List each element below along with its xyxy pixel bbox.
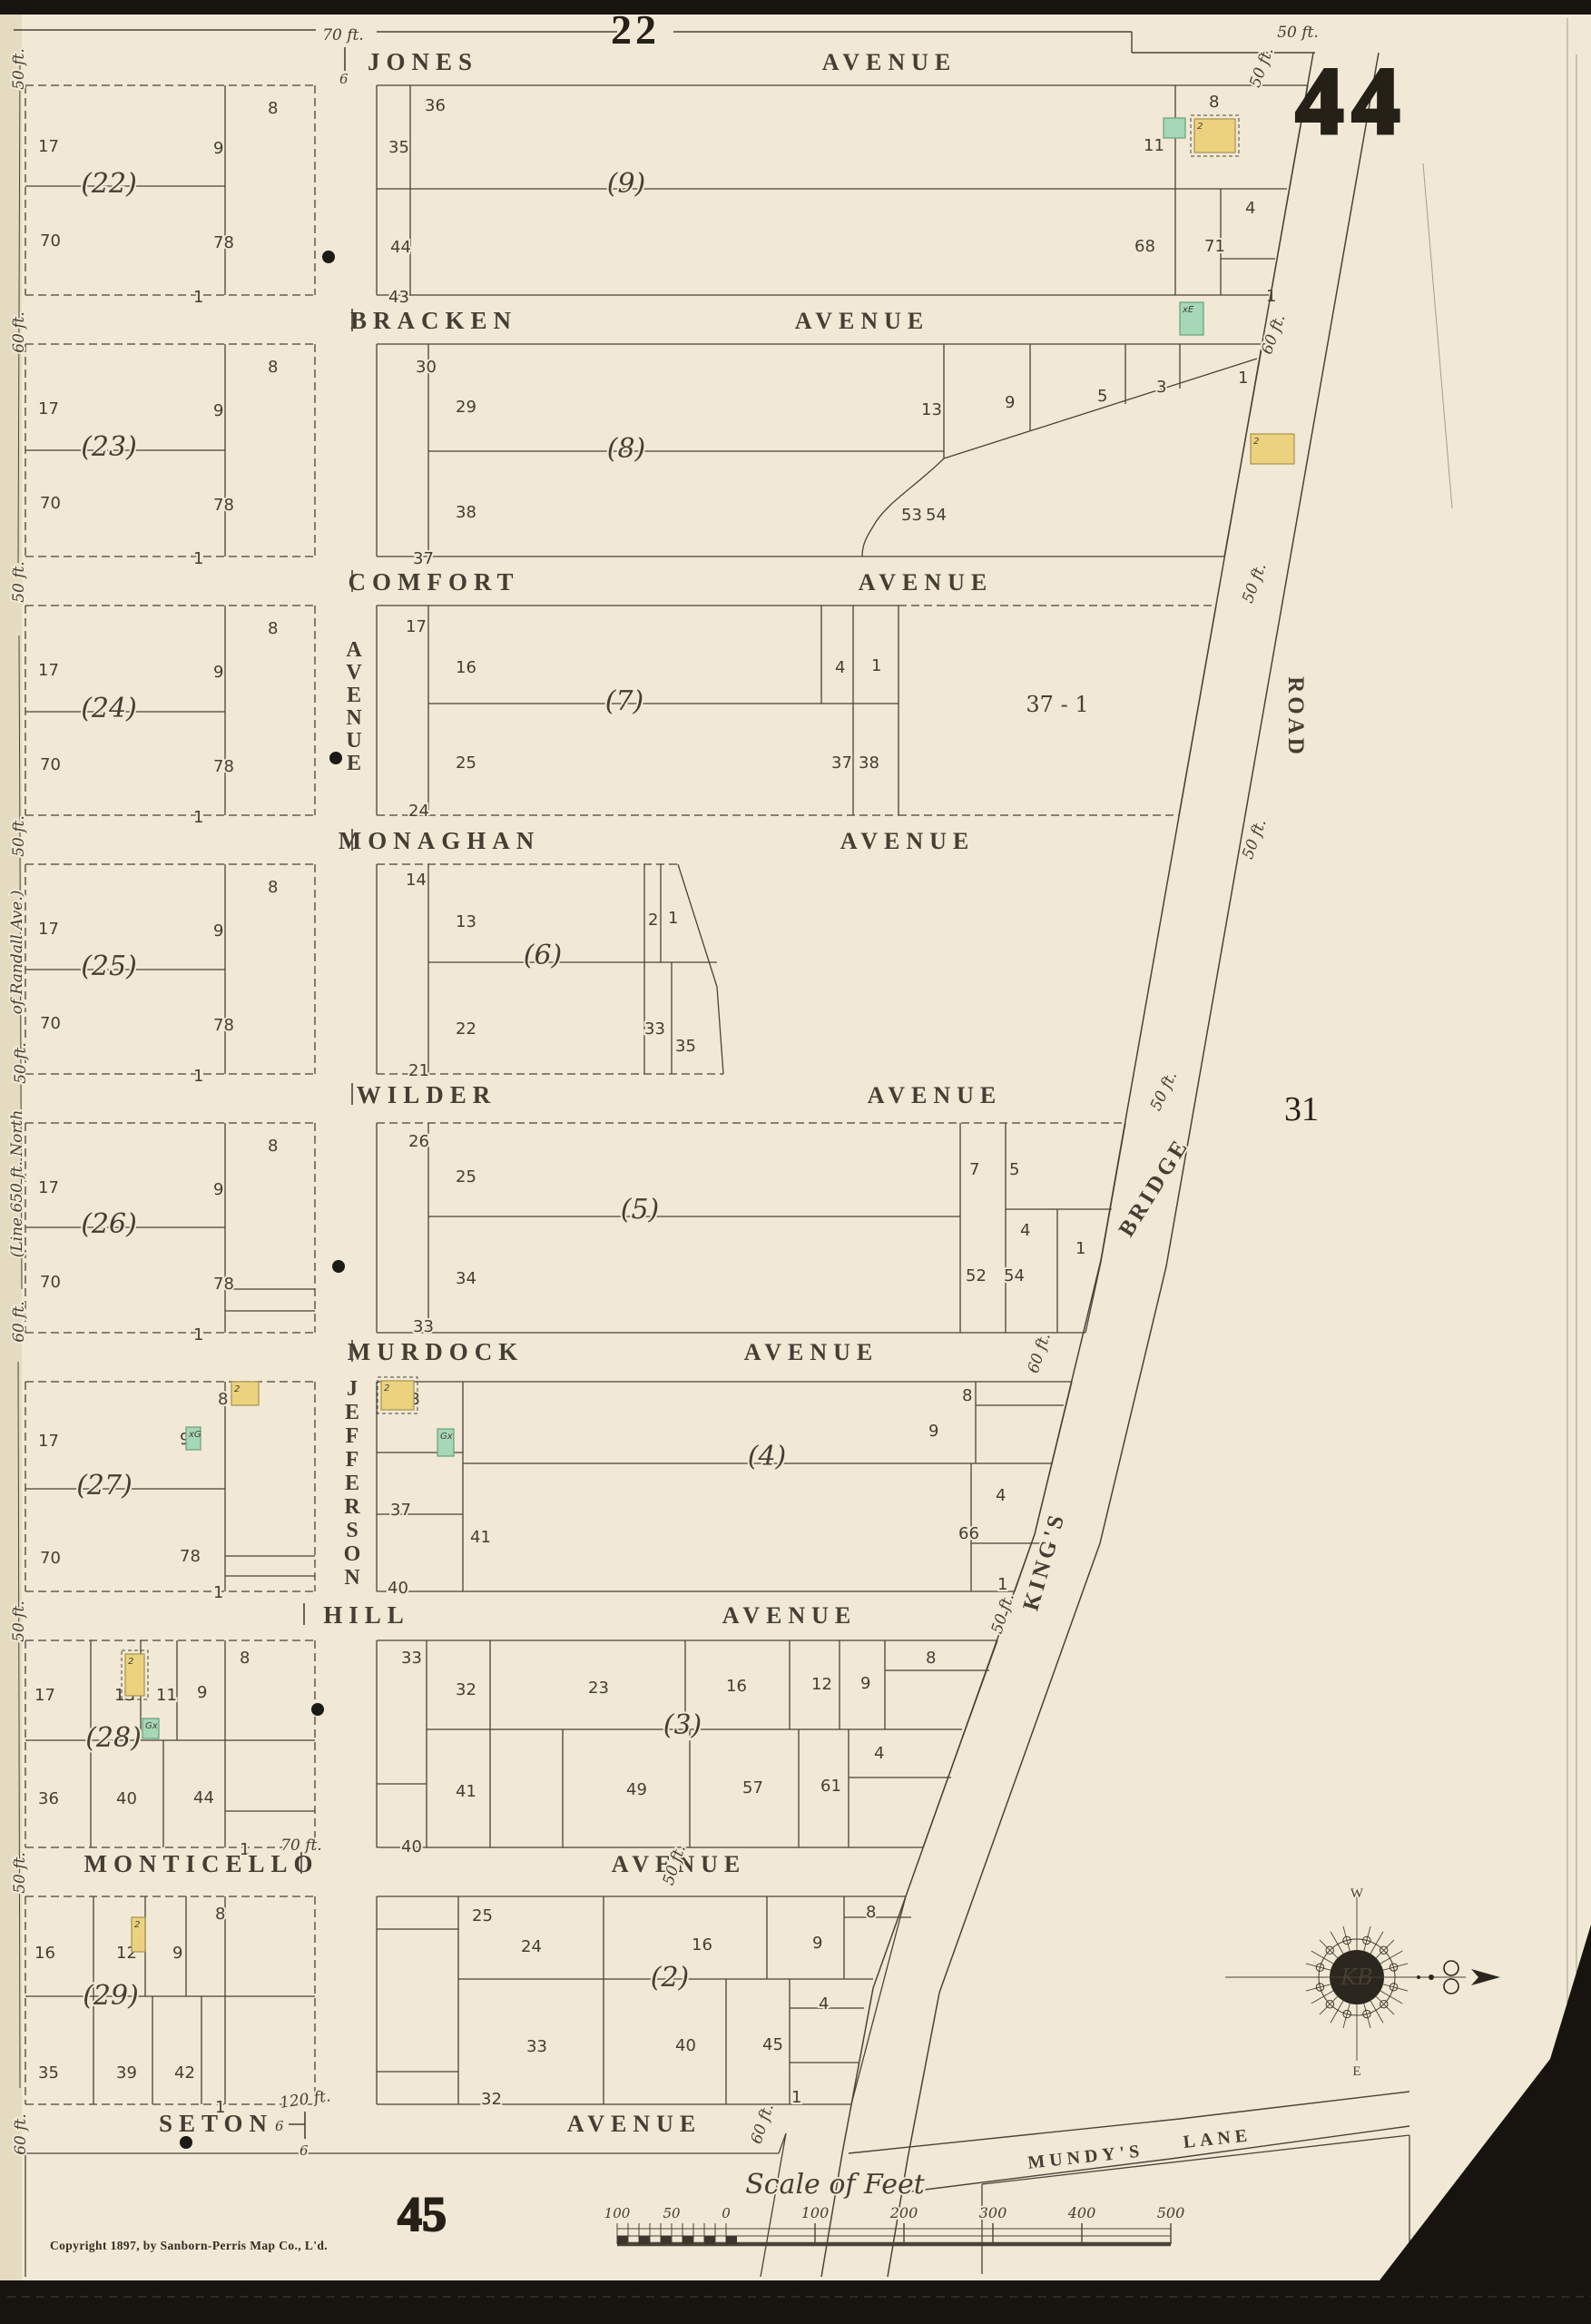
lot-number-35: 35 <box>388 138 409 157</box>
lot-number-4: 4 <box>1020 1221 1030 1240</box>
street-suffix-wilder: AVENUE <box>868 1082 1002 1108</box>
outbuilding-structure-2: xE <box>1180 302 1203 335</box>
building-footprint <box>1164 118 1185 138</box>
street-name-jones: JONES <box>368 48 478 75</box>
lot-number-8: 8 <box>268 99 278 118</box>
lot-number-35: 35 <box>675 1037 696 1056</box>
street-name-hill: HILL <box>323 1601 410 1629</box>
lot-number-17: 17 <box>38 137 59 156</box>
street-name-comfort: COMFORT <box>348 568 519 596</box>
scale-sub-label: 0 <box>722 2205 731 2221</box>
lot-number-4: 4 <box>835 658 845 677</box>
lot-number-8: 8 <box>218 1390 228 1409</box>
street-suffix-monaghan: AVENUE <box>840 828 975 854</box>
lot-number-11: 11 <box>156 1686 177 1705</box>
lot-number-8: 8 <box>215 1905 225 1924</box>
street-letter: V <box>346 661 362 684</box>
lot-number-1: 1 <box>1238 369 1248 388</box>
scale-main-label: 500 <box>1157 2204 1185 2221</box>
lot-number-1: 1 <box>193 288 203 307</box>
street-name-seton: SETON <box>159 2110 273 2137</box>
adjacent-plate-number-bottom: 45 <box>398 2186 447 2242</box>
lot-number-37: 37 <box>831 753 852 773</box>
street-name-bracken: BRACKEN <box>350 307 517 334</box>
lot-number-61: 61 <box>820 1777 841 1796</box>
compass-direction-w: W <box>1350 1886 1364 1901</box>
scale-main-label: 300 <box>979 2204 1007 2221</box>
lot-number-5: 5 <box>1009 1160 1019 1179</box>
scale-checker <box>661 2236 672 2244</box>
lot-number-68: 68 <box>1134 237 1155 256</box>
sanborn-map-page: 817970781(22)817970781(23)817970781(24)8… <box>0 0 1591 2324</box>
building-annotation: 2 <box>134 1920 140 1930</box>
lot-number-3: 3 <box>1156 378 1166 397</box>
survey-dot <box>332 1260 345 1273</box>
block-number-b8: (8) <box>607 433 646 465</box>
street-letter: J <box>347 1377 358 1401</box>
distance-annotation: 60 ft. <box>10 311 28 353</box>
adjacent-plate-number-top: 22 <box>611 5 660 54</box>
building-annotation: 2 <box>1253 437 1259 447</box>
lot-number-8: 8 <box>240 1649 250 1668</box>
lot-number-9: 9 <box>928 1422 938 1441</box>
lot-number-9: 9 <box>1005 393 1015 412</box>
lot-number-40: 40 <box>675 2036 696 2055</box>
lot-number-40: 40 <box>401 1837 422 1856</box>
lot-number-36: 36 <box>425 96 446 115</box>
lot-number-9: 9 <box>812 1934 822 1953</box>
lot-number-9: 9 <box>213 139 223 158</box>
building-annotation: 2 <box>384 1384 389 1393</box>
lot-number-53: 53 <box>901 506 922 525</box>
tick-number: 6 <box>339 71 349 87</box>
street-name-vertical-jefferson-upper: AVENUE <box>346 638 362 775</box>
lot-number-33: 33 <box>401 1649 422 1668</box>
outbuilding-structure-5: xG <box>186 1427 201 1450</box>
dwelling-building-8: 2 <box>122 1650 148 1699</box>
tick-number: 6 <box>300 2142 309 2159</box>
survey-dot <box>329 752 342 764</box>
distance-annotation: 50 ft. <box>10 1600 28 1642</box>
lot-number-1: 1 <box>193 1325 203 1344</box>
street-letter: A <box>346 638 362 662</box>
lot-number-13: 13 <box>921 400 942 419</box>
block-number-b4: (4) <box>748 1441 787 1472</box>
lot-number-41: 41 <box>456 1782 476 1801</box>
block-number-b29: (29) <box>83 1980 139 2012</box>
lot-number-39: 39 <box>116 2063 137 2083</box>
lot-number-70: 70 <box>40 494 61 513</box>
lot-number-44: 44 <box>193 1788 214 1807</box>
lot-number-78: 78 <box>213 1016 234 1035</box>
block-number-b2: (2) <box>651 1962 690 1994</box>
lot-number-78: 78 <box>213 1275 234 1294</box>
lot-number-36: 36 <box>38 1789 59 1808</box>
street-letter: O <box>344 1542 361 1566</box>
building-annotation: Gx <box>440 1432 453 1442</box>
building-annotation: 2 <box>128 1657 133 1667</box>
lot-number-4: 4 <box>1245 199 1255 218</box>
street-suffix-jones: AVENUE <box>822 49 957 75</box>
lot-number-1: 1 <box>791 2088 801 2107</box>
lot-number-37: 37 <box>413 549 434 568</box>
lot-number-16: 16 <box>34 1944 55 1963</box>
scale-checker <box>683 2236 693 2244</box>
scale-checker <box>704 2236 715 2244</box>
lot-number-9: 9 <box>172 1944 182 1963</box>
lot-number-8: 8 <box>926 1649 936 1668</box>
lot-number-26: 26 <box>408 1132 429 1151</box>
lot-number-38: 38 <box>859 753 879 773</box>
lot-number-1: 1 <box>193 549 203 568</box>
lot-number-17: 17 <box>38 920 59 939</box>
street-name-vertical-jefferson: JEFFERSON <box>344 1377 361 1590</box>
dwelling-building-3: 2 <box>1251 434 1294 464</box>
lot-number-44: 44 <box>390 238 411 257</box>
lot-number-17: 17 <box>406 617 427 636</box>
dwelling-building-1: 2 <box>1191 115 1239 156</box>
lot-number-78: 78 <box>180 1547 201 1566</box>
street-name-wilder: WILDER <box>357 1081 497 1108</box>
block-number-b24: (24) <box>81 693 137 724</box>
lot-number-49: 49 <box>626 1780 647 1799</box>
lot-number-1: 1 <box>871 656 881 675</box>
street-letter: R <box>344 1495 360 1519</box>
lot-number-34: 34 <box>456 1269 476 1288</box>
building-annotation: 2 <box>1197 122 1203 132</box>
lot-number-43: 43 <box>388 288 409 307</box>
lot-number-12: 12 <box>811 1675 832 1694</box>
lot-number-70: 70 <box>40 1273 61 1292</box>
lot-number-78: 78 <box>213 496 234 515</box>
lot-number-22: 22 <box>456 1019 476 1039</box>
building-annotation: xE <box>1182 305 1194 315</box>
lot-number-25: 25 <box>456 1167 476 1187</box>
lot-number-23: 23 <box>588 1679 609 1698</box>
street-letter: E <box>345 1401 359 1424</box>
lot-number-8: 8 <box>268 1137 278 1156</box>
compass-arrow-bead <box>1417 1975 1420 1979</box>
block-number-b28: (28) <box>85 1722 142 1754</box>
distance-annotation: 60 ft. <box>10 1301 28 1343</box>
street-letter: E <box>347 752 361 775</box>
binding-edge-top <box>0 0 1591 15</box>
lot-number-14: 14 <box>406 871 427 890</box>
lot-number-70: 70 <box>40 231 61 251</box>
lot-number-8: 8 <box>962 1386 972 1405</box>
lot-number-16: 16 <box>692 1935 712 1955</box>
lot-number-1: 1 <box>213 1583 223 1602</box>
lot-number-40: 40 <box>116 1789 137 1808</box>
block-number-b27: (27) <box>76 1470 133 1502</box>
lot-number-66: 66 <box>958 1524 979 1543</box>
lot-number-8: 8 <box>268 619 278 638</box>
block-number-b9: (9) <box>607 168 646 200</box>
distance-annotation: of Randall Ave.) <box>8 891 26 1015</box>
lot-number-32: 32 <box>481 2090 502 2109</box>
street-letter: N <box>344 1566 360 1590</box>
lot-number-52: 52 <box>966 1266 987 1285</box>
outbuilding-structure-9: Gx <box>142 1718 159 1738</box>
lot-number-1: 1 <box>997 1575 1007 1594</box>
lot-number-9: 9 <box>213 1180 223 1199</box>
scale-checker <box>617 2236 628 2244</box>
survey-dot <box>180 2136 192 2149</box>
dwelling-building-6: 2 <box>378 1377 417 1413</box>
dwelling-building-10: 2 <box>132 1917 145 1952</box>
street-letter: F <box>346 1424 359 1448</box>
lot-number-45: 45 <box>762 2035 783 2054</box>
lot-number-9: 9 <box>213 401 223 420</box>
lot-number-9: 9 <box>860 1674 870 1693</box>
lot-number-54: 54 <box>926 506 947 525</box>
distance-annotation: (Line 650 ft. North <box>8 1110 26 1258</box>
lot-number-16: 16 <box>726 1677 747 1696</box>
lot-number-17: 17 <box>38 1432 59 1451</box>
lot-number-78: 78 <box>213 233 234 252</box>
lot-number-2: 2 <box>648 911 658 930</box>
lot-number-70: 70 <box>40 755 61 774</box>
lot-number-5: 5 <box>1097 387 1107 406</box>
outbuilding-structure-7: Gx <box>437 1429 454 1456</box>
lot-number-7: 7 <box>969 1160 979 1179</box>
block-number-b5: (5) <box>621 1194 660 1226</box>
lot-number-8: 8 <box>268 358 278 377</box>
lot-number-40: 40 <box>388 1579 408 1598</box>
lot-number-4: 4 <box>996 1486 1006 1505</box>
street-letter: U <box>346 729 361 753</box>
lot-number-38: 38 <box>456 503 476 522</box>
lot-number-17: 17 <box>38 661 59 680</box>
street-suffix-comfort: AVENUE <box>859 569 993 596</box>
scale-checker <box>639 2236 650 2244</box>
lot-number-13: 13 <box>456 912 476 931</box>
street-suffix-murdock: AVENUE <box>744 1339 879 1365</box>
lot-number-8: 8 <box>268 878 278 897</box>
lot-number-42: 42 <box>174 2063 195 2083</box>
scale-main-label: 200 <box>889 2204 918 2221</box>
lot-number-8: 8 <box>1209 93 1219 112</box>
street-letter: E <box>345 1472 359 1495</box>
street-letter: N <box>346 706 362 730</box>
distance-annotation: 50 ft. <box>11 1852 29 1894</box>
distance-annotation: 60 ft. <box>12 2113 30 2155</box>
adjacent-plate-number-right: 31 <box>1284 1089 1319 1129</box>
copyright-notice: Copyright 1897, by Sanborn-Perris Map Co… <box>50 2239 328 2253</box>
scale-main-label: 400 <box>1067 2204 1096 2221</box>
lot-number-32: 32 <box>456 1680 476 1699</box>
lot-number-33: 33 <box>526 2037 547 2056</box>
distance-annotation: 50 ft. <box>10 815 28 857</box>
distance-annotation: 50 ft. <box>1277 24 1319 42</box>
distance-annotation: 50 ft. <box>10 561 28 603</box>
compass-direction-e: E <box>1352 2064 1360 2079</box>
lot-number-70: 70 <box>40 1549 61 1568</box>
tick-number: 6 <box>275 2118 284 2134</box>
binding-edge-bottom <box>0 2280 1591 2324</box>
lot-number-30: 30 <box>416 358 437 377</box>
block-number-b3: (3) <box>663 1709 702 1741</box>
plate-number: 44 <box>1296 47 1409 155</box>
block-number-b26: (26) <box>81 1208 137 1240</box>
lot-number-54: 54 <box>1004 1266 1025 1285</box>
lot-number-1: 1 <box>1075 1239 1085 1258</box>
lot-number-70: 70 <box>40 1014 61 1033</box>
lot-number-16: 16 <box>456 658 476 677</box>
lot-number-35: 35 <box>38 2063 59 2083</box>
distance-annotation: 70 ft. <box>322 26 364 44</box>
building-annotation: 2 <box>234 1384 240 1394</box>
scale-sub-label: 100 <box>604 2205 631 2221</box>
lot-number-25: 25 <box>456 753 476 773</box>
lot-number-33: 33 <box>644 1019 665 1039</box>
lot-number-57: 57 <box>742 1778 763 1797</box>
lot-number-41: 41 <box>470 1528 491 1547</box>
scale-title: Scale of Feet <box>745 2169 926 2201</box>
block-number-b7: (7) <box>605 685 644 717</box>
block-number-b23: (23) <box>81 431 137 463</box>
street-suffix-hill: AVENUE <box>722 1602 857 1629</box>
street-suffix-bracken: AVENUE <box>795 308 929 334</box>
lot-number-78: 78 <box>213 757 234 776</box>
lot-number-17: 17 <box>34 1686 55 1705</box>
dwelling-building-4: 2 <box>231 1382 259 1405</box>
street-letter: E <box>347 684 361 707</box>
block-number-b22: (22) <box>81 168 137 200</box>
road-name-road: ROAD <box>1283 676 1308 758</box>
lot-number-9: 9 <box>197 1683 207 1702</box>
lot-number-1: 1 <box>193 1067 203 1086</box>
lot-number-9: 9 <box>213 921 223 940</box>
lot-number-1: 1 <box>193 808 203 827</box>
building-annotation: xG <box>188 1430 201 1440</box>
block-number-b25: (25) <box>81 950 137 982</box>
street-suffix-seton: AVENUE <box>567 2111 702 2137</box>
building-annotation: Gx <box>145 1721 158 1731</box>
scale-sub-label: 50 <box>663 2205 681 2221</box>
scale-checker <box>726 2236 737 2244</box>
block-number-b6: (6) <box>524 940 563 971</box>
survey-dot <box>311 1703 324 1716</box>
lot-number-33: 33 <box>413 1317 434 1336</box>
lot-number-17: 17 <box>38 1178 59 1197</box>
lot-number-24: 24 <box>521 1937 542 1956</box>
lot-number-29: 29 <box>456 398 476 417</box>
compass-arrow-bead <box>1429 1974 1434 1980</box>
outbuilding-structure-0 <box>1164 118 1185 138</box>
map-canvas: 817970781(22)817970781(23)817970781(24)8… <box>0 0 1591 2324</box>
lot-number-9: 9 <box>213 663 223 682</box>
lot-number-1: 1 <box>668 909 678 928</box>
street-letter: S <box>346 1519 358 1542</box>
survey-dot <box>322 251 335 263</box>
lot-number-8: 8 <box>866 1903 876 1922</box>
lot-number-4: 4 <box>819 1994 829 2014</box>
lot-number-17: 17 <box>38 399 59 419</box>
distance-annotation: 50 ft. <box>10 48 28 90</box>
street-name-murdock: MURDOCK <box>348 1338 524 1365</box>
street-name-monaghan: MONAGHAN <box>339 827 540 854</box>
block-number-b371: 37 - 1 <box>1026 692 1088 717</box>
lot-number-25: 25 <box>472 1906 493 1925</box>
street-letter: F <box>346 1448 359 1472</box>
lot-number-11: 11 <box>1144 136 1164 155</box>
lot-number-37: 37 <box>390 1501 411 1520</box>
lot-number-4: 4 <box>874 1744 884 1763</box>
distance-annotation: 50 ft. <box>12 1042 30 1084</box>
scale-main-label: 100 <box>801 2204 830 2221</box>
lot-number-21: 21 <box>408 1061 429 1080</box>
lot-number-24: 24 <box>408 802 429 821</box>
lot-number-71: 71 <box>1204 237 1225 256</box>
